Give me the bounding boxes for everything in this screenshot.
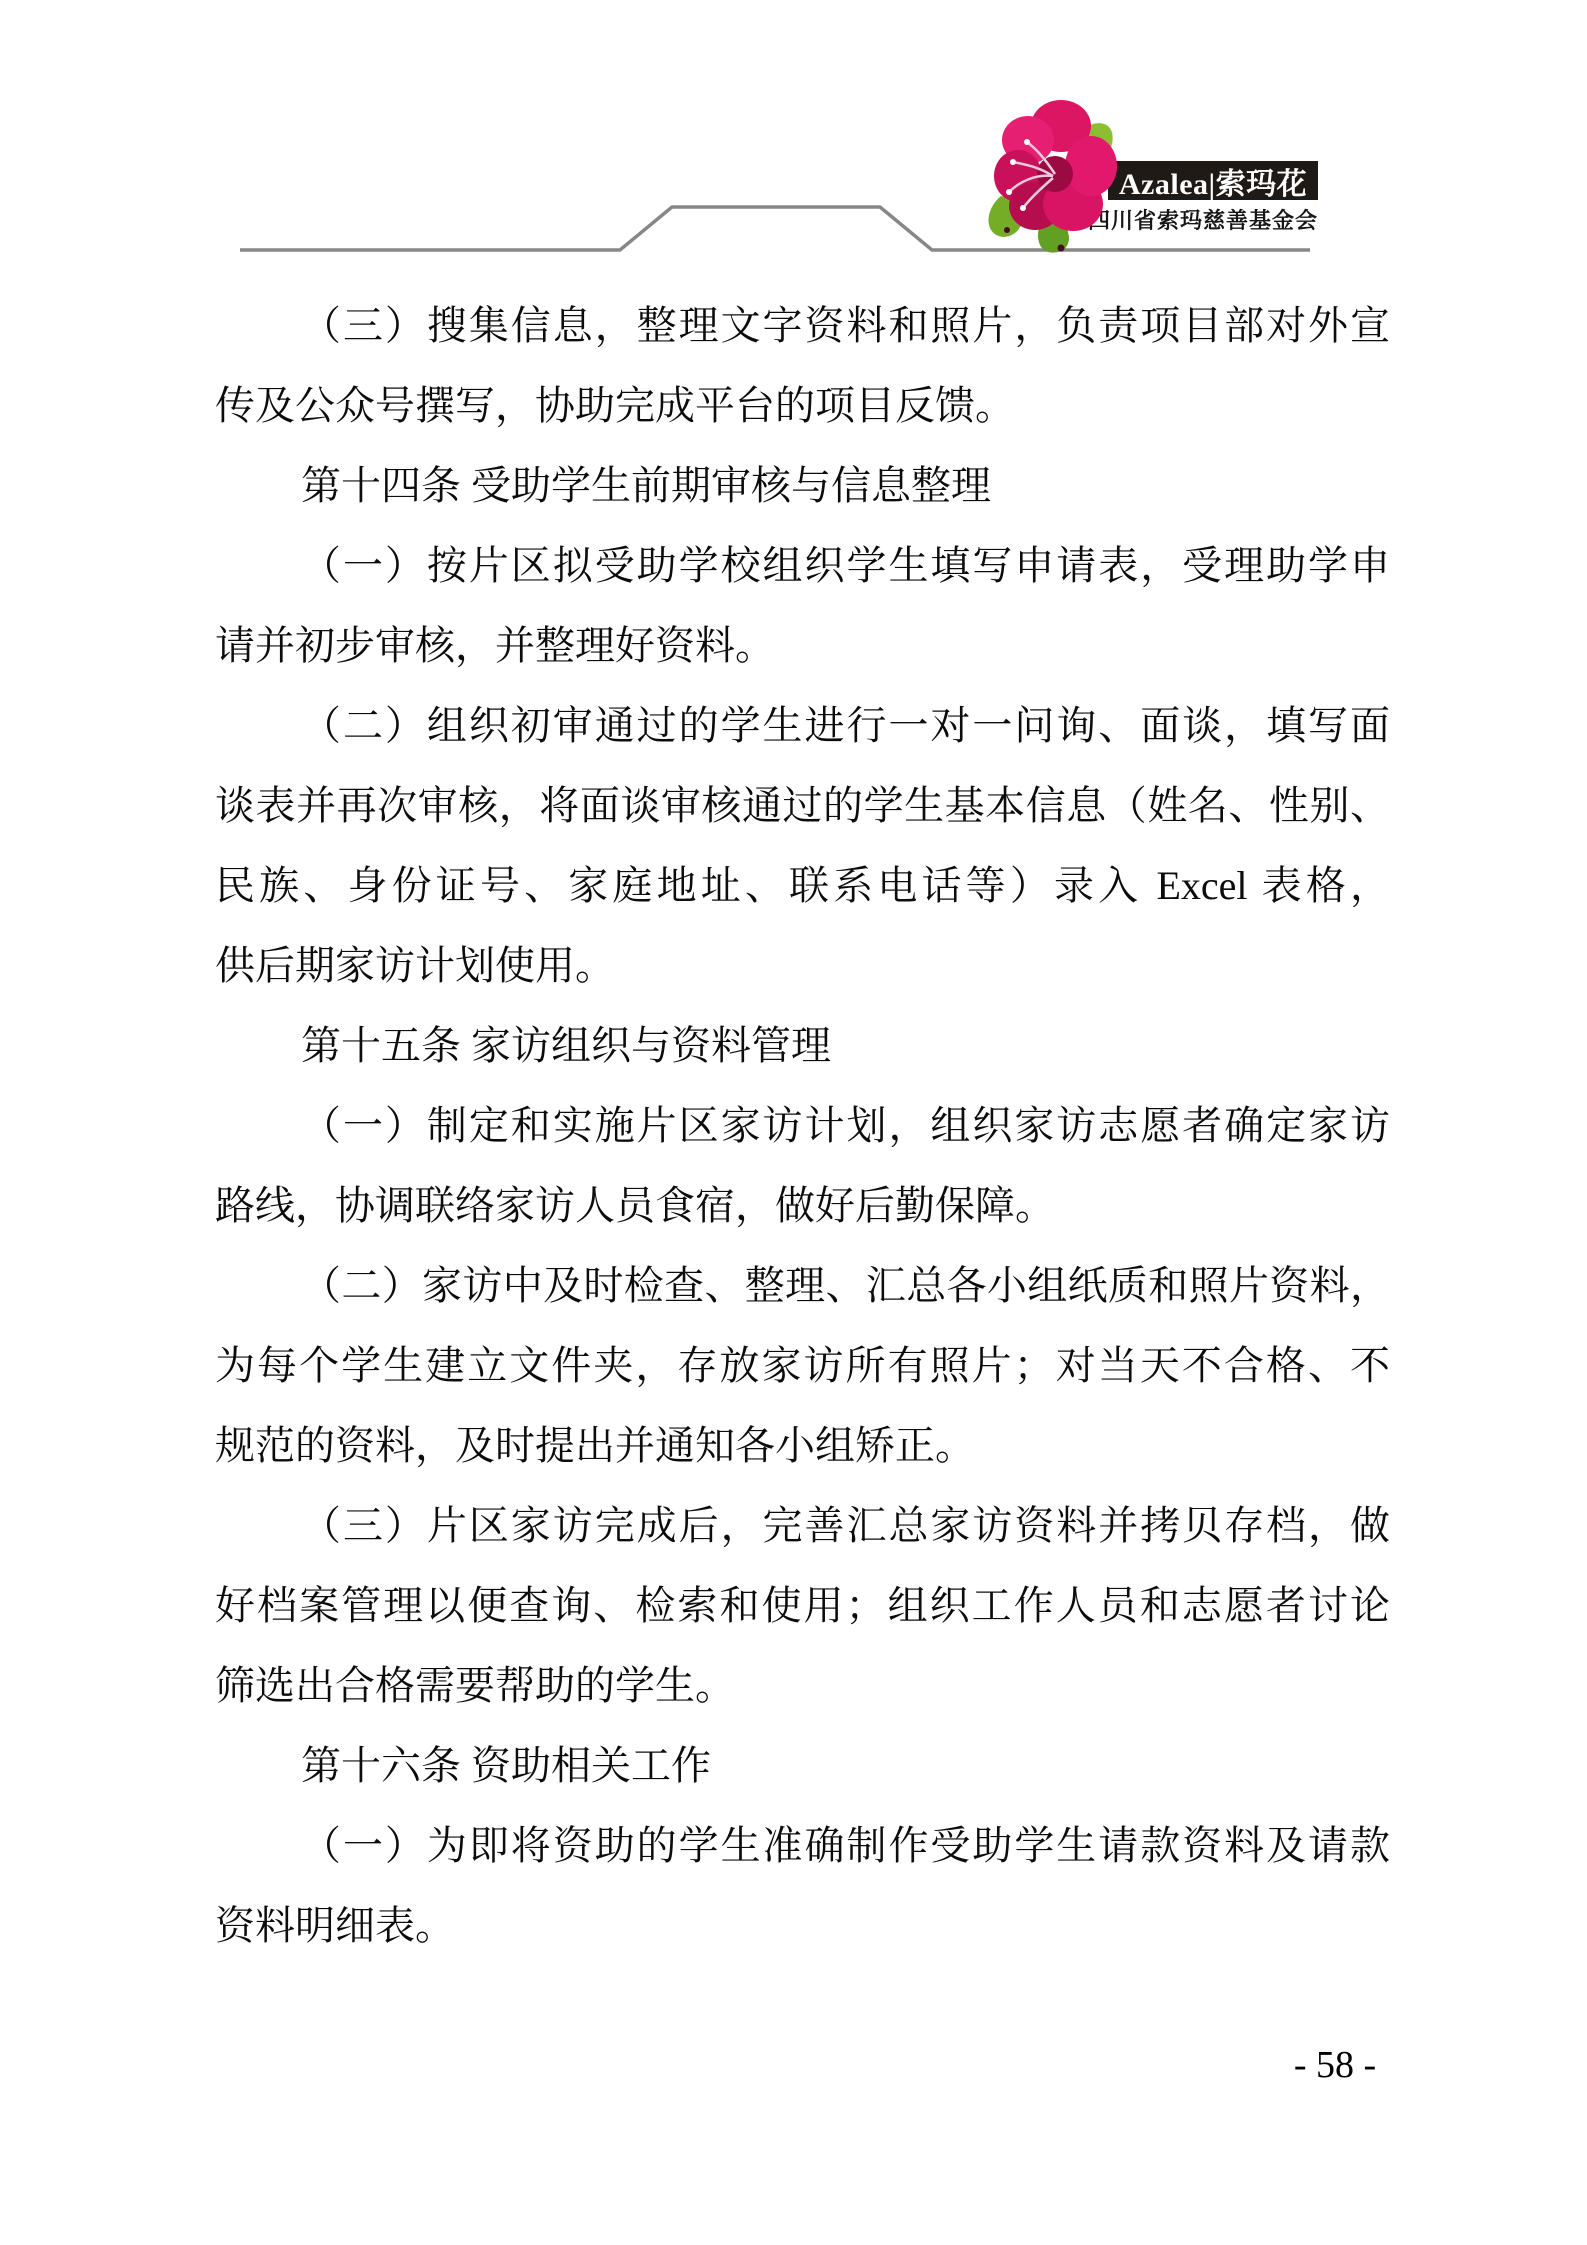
text-line: 资料明细表。	[215, 1886, 1390, 1966]
text-line: （三）片区家访完成后，完善汇总家访资料并拷贝存档，做	[215, 1486, 1390, 1566]
text-line: （二）组织初审通过的学生进行一对一问询、面谈，填写面	[215, 686, 1390, 766]
text-line: 第十四条 受助学生前期审核与信息整理	[215, 446, 1390, 526]
document-body: （三）搜集信息，整理文字资料和照片，负责项目部对外宣传及公众号撰写，协助完成平台…	[215, 286, 1390, 1966]
anther	[1010, 159, 1016, 165]
azalea-flower-icon	[983, 78, 1135, 256]
text-line: （一）按片区拟受助学校组织学生填写申请表，受理助学申	[215, 526, 1390, 606]
text-line: 谈表并再次审核，将面谈审核通过的学生基本信息（姓名、性别、	[215, 766, 1390, 846]
page-number: - 58 -	[1262, 2043, 1408, 2087]
anther	[1006, 189, 1012, 195]
text-line: 第十五条 家访组织与资料管理	[215, 1006, 1390, 1086]
header-rule-line	[0, 0, 1587, 300]
text-line: 第十六条 资助相关工作	[215, 1726, 1390, 1806]
bud-dot	[1058, 245, 1065, 252]
logo-banner: Azalea|索玛花	[1108, 161, 1318, 200]
text-line: （一）制定和实施片区家访计划，组织家访志愿者确定家访	[215, 1086, 1390, 1166]
text-line: 筛选出合格需要帮助的学生。	[215, 1646, 1390, 1726]
anther	[1020, 205, 1026, 211]
text-line: 好档案管理以便查询、检索和使用；组织工作人员和志愿者讨论	[215, 1566, 1390, 1646]
document-page: Azalea|索玛花 四川省索玛慈善基金会 （三）搜集信息，整理文字资料和照片，…	[0, 0, 1587, 2245]
text-line: 为每个学生建立文件夹，存放家访所有照片；对当天不合格、不	[215, 1326, 1390, 1406]
text-line: （一）为即将资助的学生准确制作受助学生请款资料及请款	[215, 1806, 1390, 1886]
text-line: （二）家访中及时检查、整理、汇总各小组纸质和照片资料，	[215, 1246, 1390, 1326]
text-line: （三）搜集信息，整理文字资料和照片，负责项目部对外宣	[215, 286, 1390, 366]
text-line: 路线，协调联络家访人员食宿，做好后勤保障。	[215, 1166, 1390, 1246]
anther	[1024, 139, 1030, 145]
petal	[1065, 136, 1117, 196]
text-line: 请并初步审核，并整理好资料。	[215, 606, 1390, 686]
text-line: 规范的资料，及时提出并通知各小组矫正。	[215, 1406, 1390, 1486]
bud-dot	[1004, 227, 1010, 233]
text-line: 传及公众号撰写，协助完成平台的项目反馈。	[215, 366, 1390, 446]
text-line: 民族、身份证号、家庭地址、联系电话等）录入 Excel 表格，	[215, 846, 1390, 926]
text-line: 供后期家访计划使用。	[215, 926, 1390, 1006]
logo-banner-text: Azalea|索玛花	[1119, 159, 1307, 203]
